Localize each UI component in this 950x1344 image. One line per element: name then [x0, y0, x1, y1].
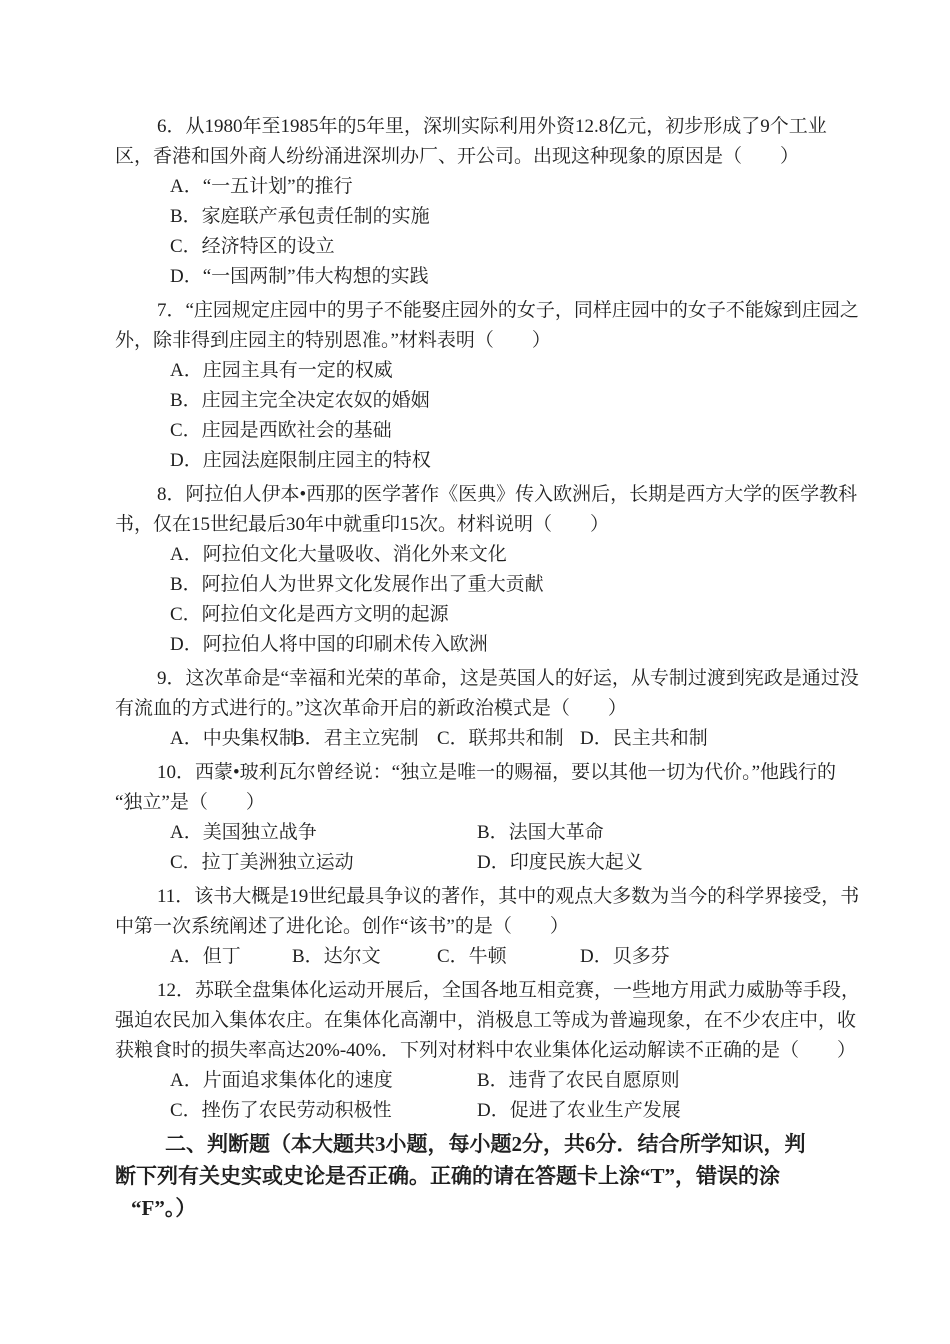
q6-option-d: D．“一国两制”伟大构想的实践 — [115, 262, 838, 292]
question-10: 10．西蒙•玻利瓦尔曾经说：“独立是唯一的赐福，要以其他一切为代价。”他践行的 … — [115, 758, 838, 878]
q7-stem-line-2: 外，除非得到庄园主的特别恩准。”材料表明（ ） — [115, 326, 838, 356]
exam-content: 6．从1980年至1985年的5年里，深圳实际利用外资12.8亿元，初步形成了9… — [115, 112, 838, 1224]
q7-option-c: C．庄园是西欧社会的基础 — [115, 416, 838, 446]
question-8: 8．阿拉伯人伊本•西那的医学著作《医典》传入欧洲后，长期是西方大学的医学教科 书… — [115, 480, 838, 660]
q11-option-b: B．达尔文 — [292, 942, 381, 972]
q11-option-d: D．贝多芬 — [580, 942, 670, 972]
q10-stem-line-2: “独立”是（ ） — [115, 788, 838, 818]
q10-options-row-2: C．拉丁美洲独立运动 D．印度民族大起义 — [115, 848, 838, 878]
q12-options-row-1: A．片面追求集体化的速度 B．违背了农民自愿原则 — [115, 1066, 838, 1096]
q8-option-a: A．阿拉伯文化大量吸收、消化外来文化 — [115, 540, 838, 570]
q11-stem-line-2: 中第一次系统阐述了进化论。创作“该书”的是（ ） — [115, 912, 838, 942]
section-2-header-line-2: 断下列有关史实或史论是否正确。正确的请在答题卡上涂“T”，错误的涂 — [115, 1160, 838, 1192]
q11-option-a: A．但丁 — [170, 942, 241, 972]
exam-document-page: 6．从1980年至1985年的5年里，深圳实际利用外资12.8亿元，初步形成了9… — [0, 0, 950, 1344]
q7-option-d: D．庄园法庭限制庄园主的特权 — [115, 446, 838, 476]
q9-option-c: C．联邦共和制 — [437, 724, 564, 754]
q12-option-b: B．违背了农民自愿原则 — [477, 1066, 680, 1096]
question-11: 11．该书大概是19世纪最具争议的著作，其中的观点大多数为当今的科学界接受，书 … — [115, 882, 838, 972]
q12-options-row-2: C．挫伤了农民劳动积极性 D．促进了农业生产发展 — [115, 1096, 838, 1126]
q9-stem-line-2: 有流血的方式进行的。”这次革命开启的新政治模式是（ ） — [115, 694, 838, 724]
q6-option-a: A．“一五计划”的推行 — [115, 172, 838, 202]
q7-option-a: A．庄园主具有一定的权威 — [115, 356, 838, 386]
section-2-header: 二、判断题（本大题共3小题，每小题2分，共6分．结合所学知识，判 断下列有关史实… — [115, 1128, 838, 1224]
q9-option-d: D．民主共和制 — [580, 724, 708, 754]
q12-stem-line-3: 获粮食时的损失率高达20%-40%．下列对材料中农业集体化运动解读不正确的是（ … — [115, 1036, 838, 1066]
q10-option-d: D．印度民族大起义 — [477, 848, 643, 878]
q10-option-c: C．拉丁美洲独立运动 — [170, 848, 354, 878]
question-6: 6．从1980年至1985年的5年里，深圳实际利用外资12.8亿元，初步形成了9… — [115, 112, 838, 292]
q10-option-a: A．美国独立战争 — [170, 818, 317, 848]
q12-option-d: D．促进了农业生产发展 — [477, 1096, 681, 1126]
q9-options-row: A．中央集权制 B．君主立宪制 C．联邦共和制 D．民主共和制 — [115, 724, 838, 754]
q7-option-b: B．庄园主完全决定农奴的婚姻 — [115, 386, 838, 416]
q6-stem-line-1: 6．从1980年至1985年的5年里，深圳实际利用外资12.8亿元，初步形成了9… — [115, 112, 838, 142]
section-2-header-line-3: “F”。） — [115, 1192, 838, 1224]
section-2-header-line-1: 二、判断题（本大题共3小题，每小题2分，共6分．结合所学知识，判 — [115, 1128, 838, 1160]
q8-option-b: B．阿拉伯人为世界文化发展作出了重大贡献 — [115, 570, 838, 600]
q7-stem-line-1: 7．“庄园规定庄园中的男子不能娶庄园外的女子，同样庄园中的女子不能嫁到庄园之 — [115, 296, 838, 326]
q6-option-c: C．经济特区的设立 — [115, 232, 838, 262]
q6-option-b: B．家庭联产承包责任制的实施 — [115, 202, 838, 232]
q10-option-b: B．法国大革命 — [477, 818, 604, 848]
question-7: 7．“庄园规定庄园中的男子不能娶庄园外的女子，同样庄园中的女子不能嫁到庄园之 外… — [115, 296, 838, 476]
q12-stem-line-2: 强迫农民加入集体农庄。在集体化高潮中，消极息工等成为普遍现象，在不少农庄中，收 — [115, 1006, 838, 1036]
q8-option-d: D．阿拉伯人将中国的印刷术传入欧洲 — [115, 630, 838, 660]
q12-stem-line-1: 12．苏联全盘集体化运动开展后，全国各地互相竞赛，一些地方用武力威胁等手段， — [115, 976, 838, 1006]
question-12: 12．苏联全盘集体化运动开展后，全国各地互相竞赛，一些地方用武力威胁等手段， 强… — [115, 976, 838, 1126]
q12-option-a: A．片面追求集体化的速度 — [170, 1066, 393, 1096]
q10-stem-line-1: 10．西蒙•玻利瓦尔曾经说：“独立是唯一的赐福，要以其他一切为代价。”他践行的 — [115, 758, 838, 788]
question-9: 9．这次革命是“幸福和光荣的革命，这是英国人的好运，从专制过渡到宪政是通过没 有… — [115, 664, 838, 754]
q6-stem-line-2: 区，香港和国外商人纷纷涌进深圳办厂、开公司。出现这种现象的原因是（ ） — [115, 142, 838, 172]
q10-options-row-1: A．美国独立战争 B．法国大革命 — [115, 818, 838, 848]
q9-option-b: B．君主立宪制 — [292, 724, 419, 754]
q11-options-row: A．但丁 B．达尔文 C．牛顿 D．贝多芬 — [115, 942, 838, 972]
q12-option-c: C．挫伤了农民劳动积极性 — [170, 1096, 392, 1126]
q9-stem-line-1: 9．这次革命是“幸福和光荣的革命，这是英国人的好运，从专制过渡到宪政是通过没 — [115, 664, 838, 694]
q11-stem-line-1: 11．该书大概是19世纪最具争议的著作，其中的观点大多数为当今的科学界接受，书 — [115, 882, 838, 912]
q11-option-c: C．牛顿 — [437, 942, 507, 972]
q8-stem-line-1: 8．阿拉伯人伊本•西那的医学著作《医典》传入欧洲后，长期是西方大学的医学教科 — [115, 480, 838, 510]
q8-option-c: C．阿拉伯文化是西方文明的起源 — [115, 600, 838, 630]
q8-stem-line-2: 书，仅在15世纪最后30年中就重印15次。材料说明（ ） — [115, 510, 838, 540]
q9-option-a: A．中央集权制 — [170, 724, 298, 754]
